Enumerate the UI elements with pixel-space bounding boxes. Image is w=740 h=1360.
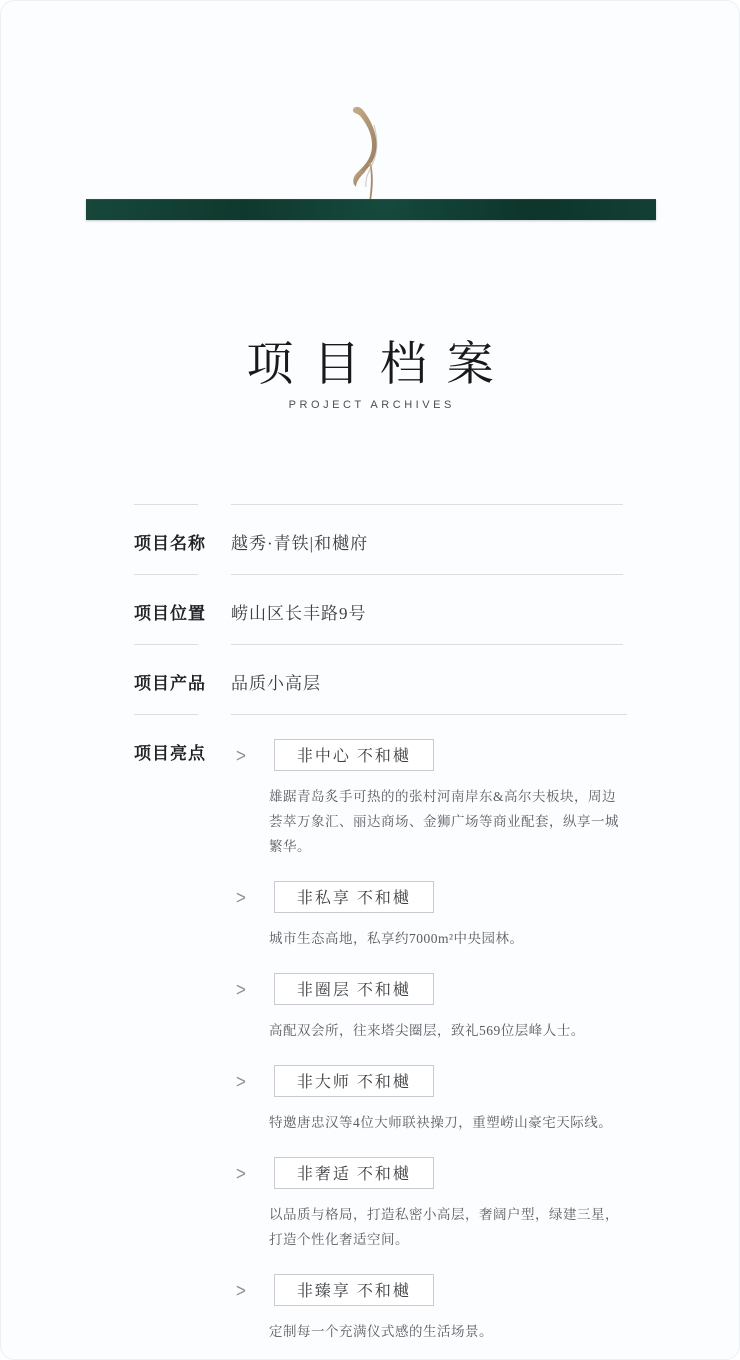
highlight-header: > 非中心 不和樾: [231, 739, 627, 771]
highlight-title-box: 非中心 不和樾: [274, 739, 434, 771]
highlight-title: 非圈层 不和樾: [297, 982, 411, 999]
fields-host: 项目名称 越秀·青铁|和樾府 项目位置 崂山区长丰路9号 项目产品 品质小高层: [134, 504, 623, 714]
brand-divider-bar: [86, 199, 656, 220]
highlight-description: 高配双会所，往来塔尖圈层，致礼569位层峰人士。: [269, 1018, 627, 1043]
project-archive-page: 项目档案 PROJECT ARCHIVES 项目名称 越秀·青铁|和樾府 项目位…: [0, 0, 740, 1360]
highlight-description: 城市生态高地，私享约7000m²中央园林。: [269, 926, 627, 951]
highlight-description: 定制每一个充满仪式感的生活场景。: [269, 1319, 627, 1344]
field-row: 项目名称 越秀·青铁|和樾府: [134, 504, 623, 574]
highlight-item: > 非奢适 不和樾 以品质与格局，打造私密小高层，奢阔户型，绿建三星，打造个性化…: [231, 1157, 627, 1252]
highlight-description: 雄踞青岛炙手可热的的张村河南岸东&高尔夫板块，周边荟萃万象汇、丽达商场、金狮广场…: [269, 784, 627, 859]
chevron-right-icon: >: [236, 979, 247, 999]
highlight-title-box: 非私享 不和樾: [274, 881, 434, 913]
highlight-item: > 非臻享 不和樾 定制每一个充满仪式感的生活场景。: [231, 1274, 627, 1344]
highlight-item: > 非圈层 不和樾 高配双会所，往来塔尖圈层，致礼569位层峰人士。: [231, 973, 627, 1043]
highlight-header: > 非奢适 不和樾: [231, 1157, 627, 1189]
page-title: 项目档案: [1, 327, 739, 394]
highlights-value-cell: > 非中心 不和樾 雄踞青岛炙手可热的的张村河南岸东&高尔夫板块，周边荟萃万象汇…: [231, 714, 627, 1360]
highlight-title-box: 非大师 不和樾: [274, 1065, 434, 1097]
highlight-item: > 非私享 不和樾 城市生态高地，私享约7000m²中央园林。: [231, 881, 627, 951]
highlight-header: > 非大师 不和樾: [231, 1065, 627, 1097]
chevron-right-icon: >: [236, 887, 247, 907]
project-form: 项目名称 越秀·青铁|和樾府 项目位置 崂山区长丰路9号 项目产品 品质小高层 …: [134, 504, 623, 1360]
field-label: 项目亮点: [134, 714, 198, 1360]
highlight-title-box: 非臻享 不和樾: [274, 1274, 434, 1306]
page-subtitle: PROJECT ARCHIVES: [1, 399, 739, 411]
highlight-header: > 非臻享 不和樾: [231, 1274, 627, 1306]
field-row: 项目产品 品质小高层: [134, 644, 623, 714]
highlight-title-box: 非奢适 不和樾: [274, 1157, 434, 1189]
crane-logo-icon: [337, 105, 403, 201]
field-value: 品质小高层: [231, 644, 623, 714]
highlight-description: 特邀唐忠汉等4位大师联袂操刀，重塑崂山豪宅天际线。: [269, 1110, 627, 1135]
highlight-item: > 非中心 不和樾 雄踞青岛炙手可热的的张村河南岸东&高尔夫板块，周边荟萃万象汇…: [231, 739, 627, 859]
highlight-title: 非臻享 不和樾: [297, 1283, 411, 1300]
field-label: 项目位置: [134, 574, 198, 644]
chevron-right-icon: >: [236, 745, 247, 765]
field-label: 项目产品: [134, 644, 198, 714]
highlights-host: > 非中心 不和樾 雄踞青岛炙手可热的的张村河南岸东&高尔夫板块，周边荟萃万象汇…: [231, 739, 627, 1344]
field-row: 项目位置 崂山区长丰路9号: [134, 574, 623, 644]
field-value: 崂山区长丰路9号: [231, 574, 623, 644]
highlight-title: 非中心 不和樾: [297, 748, 411, 765]
chevron-right-icon: >: [236, 1280, 247, 1300]
chevron-right-icon: >: [236, 1071, 247, 1091]
highlight-title-box: 非圈层 不和樾: [274, 973, 434, 1005]
highlight-item: > 非大师 不和樾 特邀唐忠汉等4位大师联袂操刀，重塑崂山豪宅天际线。: [231, 1065, 627, 1135]
highlights-row: 项目亮点 > 非中心 不和樾 雄踞青岛炙手可热的的张村河南岸东&高尔夫板块，周边…: [134, 714, 623, 1360]
highlight-header: > 非私享 不和樾: [231, 881, 627, 913]
highlight-title: 非私享 不和樾: [297, 890, 411, 907]
highlight-header: > 非圈层 不和樾: [231, 973, 627, 1005]
highlight-description: 以品质与格局，打造私密小高层，奢阔户型，绿建三星，打造个性化奢适空间。: [269, 1202, 627, 1252]
chevron-right-icon: >: [236, 1163, 247, 1183]
highlight-title: 非奢适 不和樾: [297, 1166, 411, 1183]
highlight-title: 非大师 不和樾: [297, 1074, 411, 1091]
field-value: 越秀·青铁|和樾府: [231, 504, 623, 574]
field-label: 项目名称: [134, 504, 198, 574]
